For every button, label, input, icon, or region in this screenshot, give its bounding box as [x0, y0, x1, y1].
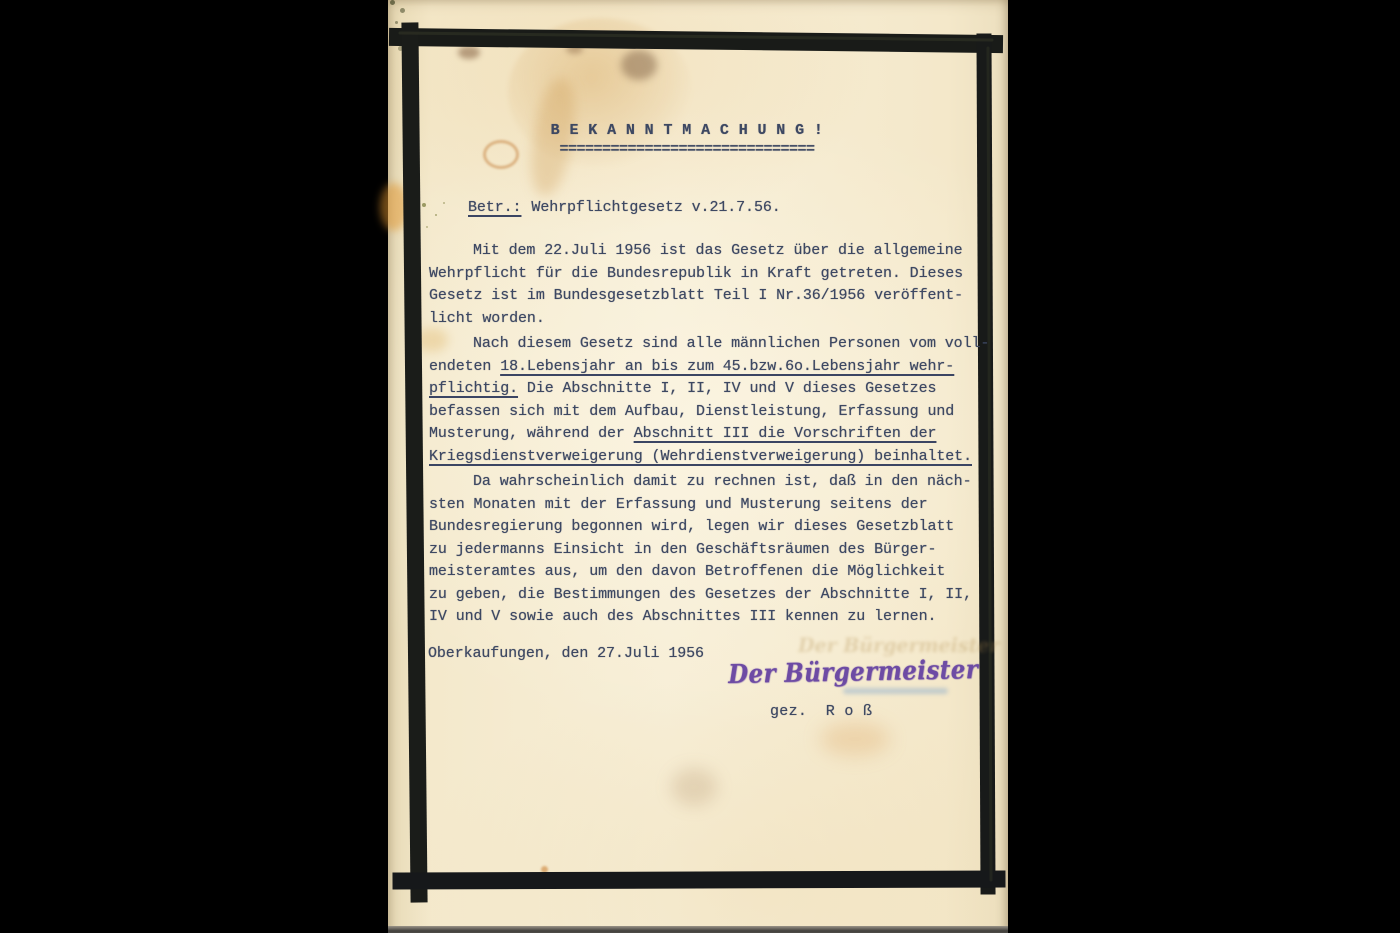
plain-text: Musterung, während der: [429, 425, 634, 442]
stamp-bleedthrough: Der Bürgermeister: [798, 633, 999, 657]
plain-text: Bundesregierung begonnen wird, legen wir…: [429, 518, 954, 535]
text-line: zu geben, die Bestimmungen des Gesetzes …: [429, 584, 988, 607]
underlined-text: 18.Lebensjahr an bis zum 45.bzw.6o.Leben…: [500, 358, 954, 375]
text-line: pflichtig. Die Abschnitte I, II, IV und …: [429, 378, 988, 401]
underlined-text: pflichtig.: [429, 380, 518, 397]
body-paragraphs: Mit dem 22.Juli 1956 ist das Gesetz über…: [429, 240, 988, 632]
plain-text: meisteramtes aus, um den davon Betroffen…: [429, 563, 945, 580]
plain-text: sten Monaten mit der Erfassung und Muste…: [429, 496, 927, 513]
text-line: befassen sich mit dem Aufbau, Dienstleis…: [429, 401, 988, 424]
text-line: zu jedermanns Einsicht in den Geschäftsr…: [429, 539, 988, 562]
plain-text: licht worden.: [429, 310, 545, 327]
text-line: Gesetz ist im Bundesgesetzblatt Teil I N…: [429, 285, 988, 308]
plain-text: Wehrpflicht für die Bundesrepublik in Kr…: [429, 265, 963, 282]
text-line: licht worden.: [429, 308, 988, 331]
plain-text: Mit dem 22.Juli 1956 ist das Gesetz über…: [473, 242, 963, 259]
text-line: endeten 18.Lebensjahr an bis zum 45.bzw.…: [429, 356, 988, 379]
plain-text: Da wahrscheinlich damit zu rechnen ist, …: [473, 473, 971, 490]
underlined-text: Abschnitt III die Vorschriften der: [634, 425, 937, 442]
scan-background: B E K A N N T M A C H U N G ! ==========…: [0, 0, 1400, 933]
text-line: Bundesregierung begonnen wird, legen wir…: [429, 516, 988, 539]
text-line: Musterung, während der Abschnitt III die…: [429, 423, 988, 446]
text-line: meisteramtes aus, um den davon Betroffen…: [429, 561, 988, 584]
plain-text: Die Abschnitte I, II, IV und V dieses Ge…: [518, 380, 936, 397]
subject-text: Wehrpflichtgesetz v.21.7.56.: [531, 199, 780, 216]
plain-text: befassen sich mit dem Aufbau, Dienstleis…: [429, 403, 954, 420]
title-underline-rule: ==============================: [377, 139, 997, 161]
subject-label: Betr.:: [468, 199, 521, 216]
subject-line: Betr.:Wehrpflichtgesetz v.21.7.56.: [468, 197, 781, 220]
text-line: Mit dem 22.Juli 1956 ist das Gesetz über…: [429, 240, 988, 263]
text-line: Nach diesem Gesetz sind alle männlichen …: [429, 333, 988, 356]
text-line: Kriegsdienstverweigerung (Wehrdienstverw…: [429, 446, 988, 469]
plain-text: zu jedermanns Einsicht in den Geschäftsr…: [429, 541, 936, 558]
paragraph: Da wahrscheinlich damit zu rechnen ist, …: [429, 471, 988, 629]
paragraph: Mit dem 22.Juli 1956 ist das Gesetz über…: [429, 240, 988, 330]
place-date-line: Oberkaufungen, den 27.Juli 1956: [428, 643, 704, 666]
text-line: sten Monaten mit der Erfassung und Muste…: [429, 494, 988, 517]
text-line: Wehrpflicht für die Bundesrepublik in Kr…: [429, 263, 988, 286]
scan-edge-strip: [388, 926, 1008, 933]
text-line: IV und V sowie auch des Abschnittes III …: [429, 606, 988, 629]
plain-text: zu geben, die Bestimmungen des Gesetzes …: [429, 586, 972, 603]
underlined-text: Kriegsdienstverweigerung (Wehrdienstverw…: [429, 448, 972, 465]
plain-text: endeten: [429, 358, 500, 375]
plain-text: IV und V sowie auch des Abschnittes III …: [429, 608, 936, 625]
plain-text: Gesetz ist im Bundesgesetzblatt Teil I N…: [429, 287, 963, 304]
plain-text: Nach diesem Gesetz sind alle männlichen …: [473, 335, 989, 352]
document-page: B E K A N N T M A C H U N G ! ==========…: [388, 0, 1008, 933]
mayor-stamp: Der Bürgermeister: [728, 655, 978, 690]
text-line: Da wahrscheinlich damit zu rechnen ist, …: [429, 471, 988, 494]
ink-bleedthrough-mark: [843, 688, 948, 694]
paragraph: Nach diesem Gesetz sind alle männlichen …: [429, 333, 988, 468]
signature-line: gez. R o ß: [770, 701, 872, 724]
